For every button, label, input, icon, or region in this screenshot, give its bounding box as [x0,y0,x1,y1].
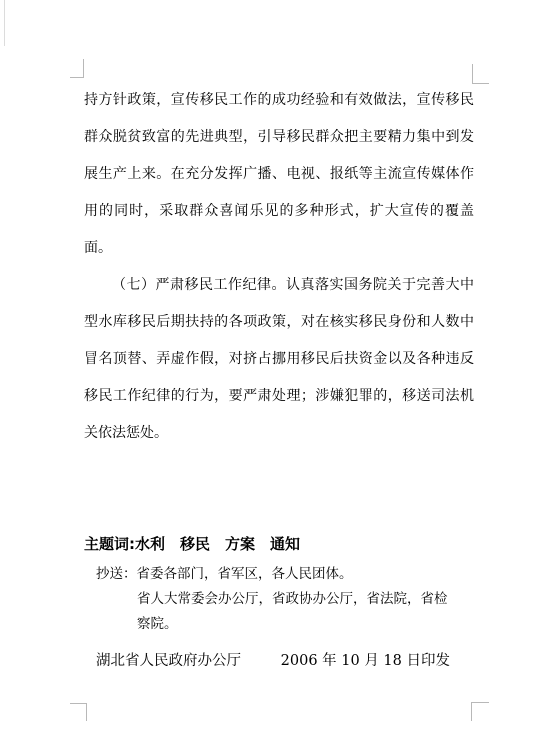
subject-keywords-line: 主题词:水利 移民 方案 通知 [84,534,300,554]
margin-crop-mark-bottom-left [70,703,87,721]
print-date: 2006 年 10 月 18 日印发 [281,650,450,672]
body-paragraph-item-seven: （七）严肃移民工作纪律。认真落实国务院关于完善大中型水库移民后期扶持的各项政策，… [84,267,474,452]
cc-line-1: 抄送：省委各部门，省军区，各人民团体。 [96,562,476,587]
cc-line-3: 察院。 [137,612,476,637]
document-body: 持方针政策，宣传移民工作的成功经验和有效做法，宣传移民群众脱贫致富的先进典型，引… [84,82,474,452]
margin-crop-mark-top-right [472,64,489,84]
printer-line: 湖北省人民政府办公厅 2006 年 10 月 18 日印发 [96,650,450,672]
body-paragraph-continued: 持方针政策，宣传移民工作的成功经验和有效做法，宣传移民群众脱贫致富的先进典型，引… [84,82,474,267]
cc-block: 抄送：省委各部门，省军区，各人民团体。 省人大常委会办公厅，省政协办公厅，省法院… [96,562,476,637]
issuing-office: 湖北省人民政府办公厅 [96,650,241,672]
cc-line-2: 省人大常委会办公厅，省政协办公厅，省法院，省检 [137,587,476,612]
page-edge-artifact [4,0,5,46]
document-page: 持方针政策，宣传移民工作的成功经验和有效做法，宣传移民群众脱贫致富的先进典型，引… [0,0,545,745]
margin-crop-mark-bottom-right [471,702,489,721]
margin-crop-mark-top-left [70,59,84,78]
